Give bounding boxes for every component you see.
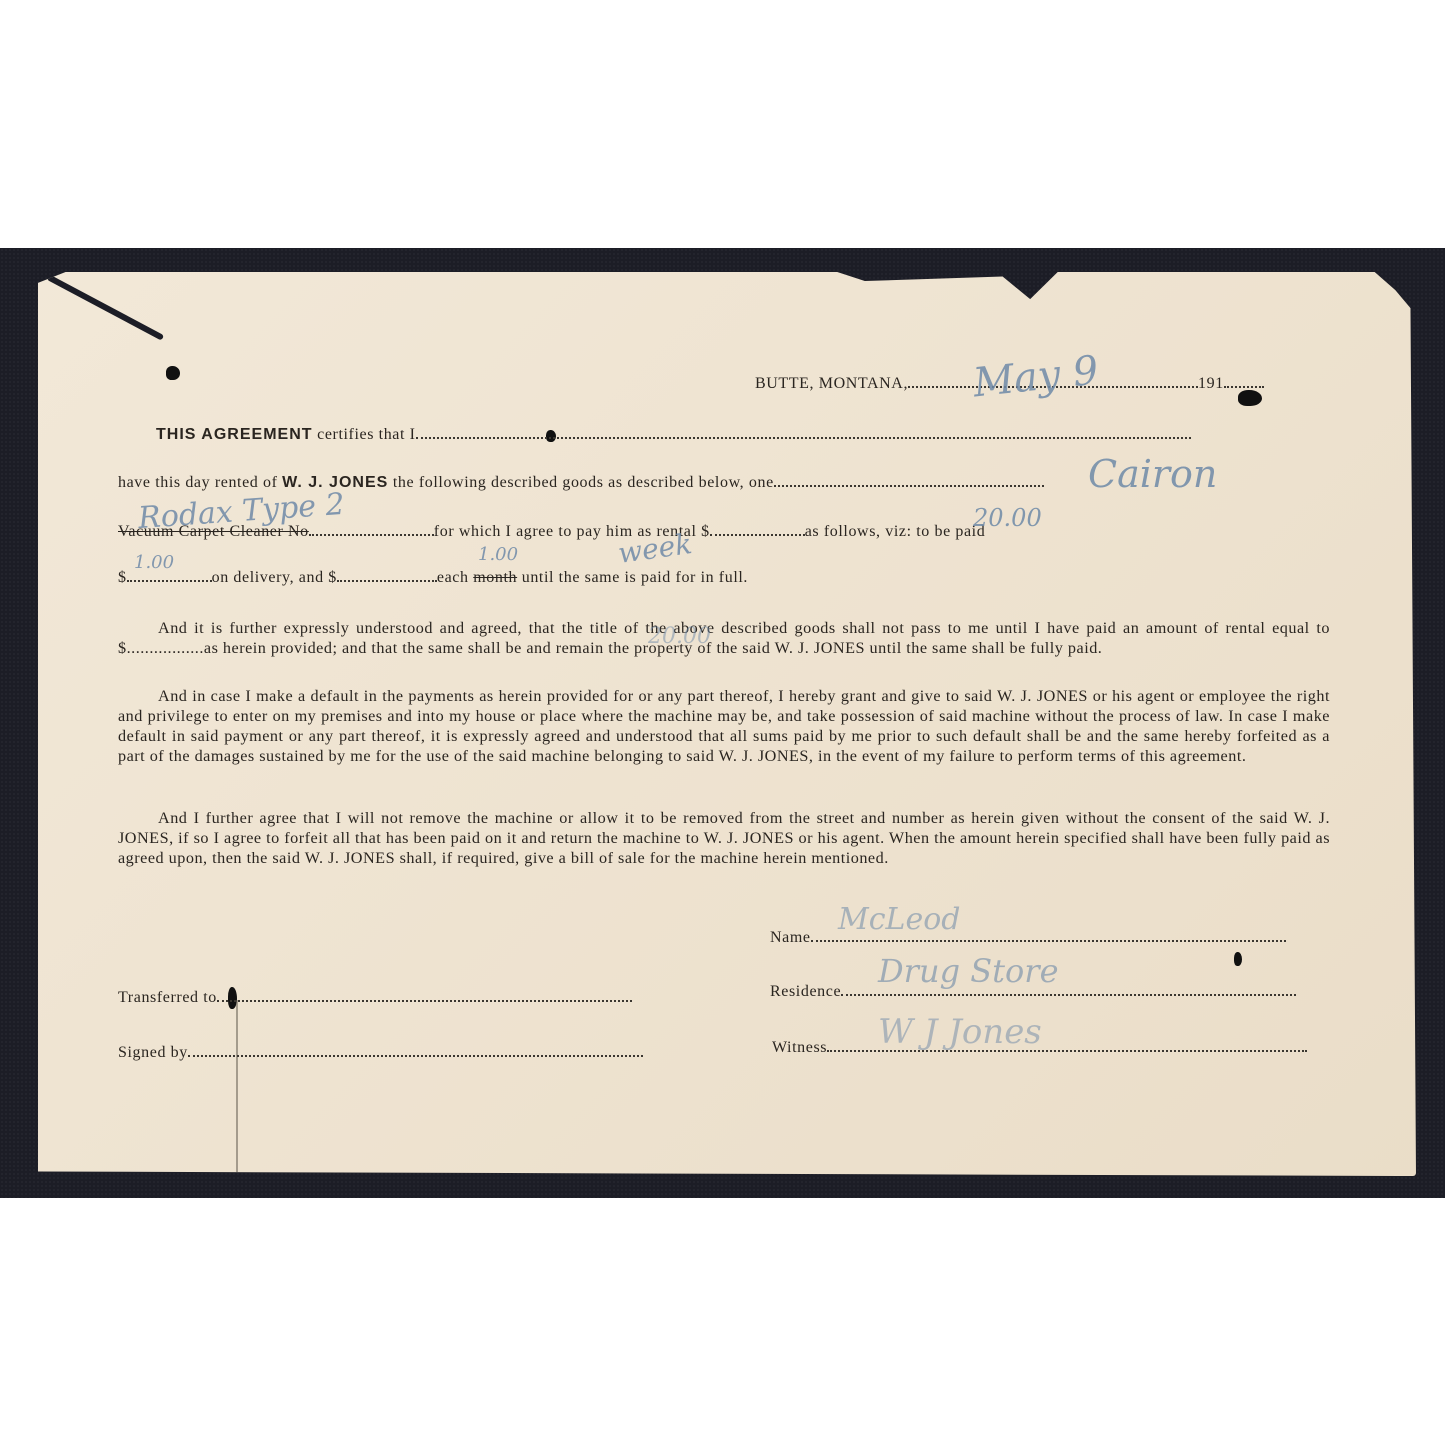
each-text: each: [437, 569, 469, 586]
residence-label: Residence: [770, 983, 841, 1000]
handwritten-on-delivery: 1.00: [134, 552, 174, 573]
agreement-line-1: THIS AGREEMENT certifies that I: [156, 425, 1191, 444]
transferred-to-field: Transferred to: [118, 988, 632, 1007]
certifies-text: certifies that I: [317, 426, 415, 443]
handwritten-installment: 1.00: [478, 544, 518, 565]
title-clause-text: And it is further expressly understood a…: [118, 619, 1330, 657]
default-clause-text: And in case I make a default in the paym…: [118, 687, 1330, 765]
year-prefix: 191: [1198, 375, 1224, 392]
delivery-text: on delivery, and $: [212, 569, 337, 586]
handwritten-date: May 9: [971, 348, 1101, 407]
handwritten-name: McLeod: [838, 902, 960, 937]
handwritten-witness: W J Jones: [878, 1012, 1042, 1052]
paragraph-title-clause: And it is further expressly understood a…: [118, 618, 1330, 658]
handwritten-rental-total: 20.00: [973, 504, 1042, 532]
handwritten-item: Cairon: [1088, 452, 1217, 496]
goods-text: the following described goods as describ…: [393, 474, 774, 491]
follows-text: as follows, viz: to be paid: [805, 523, 986, 540]
agreement-line-2: have this day rented of W. J. JONES the …: [118, 473, 1044, 492]
signed-by-label: Signed by: [118, 1044, 188, 1061]
name-label: Name: [770, 929, 811, 946]
agreement-line-4: $on delivery, and $each month until the …: [118, 568, 748, 587]
signed-by-field: Signed by: [118, 1043, 643, 1062]
paper-hole: [166, 366, 180, 380]
paragraph-removal-clause: And I further agree that I will not remo…: [118, 808, 1330, 868]
struck-month: month: [473, 569, 517, 586]
transferred-to-label: Transferred to: [118, 989, 217, 1006]
dollar-sign: $: [118, 569, 127, 586]
paper-hole: [1234, 952, 1242, 966]
handwritten-total-equal: 20.00: [648, 624, 711, 649]
city-label: BUTTE, MONTANA,: [755, 375, 908, 392]
paper-crease: [236, 1000, 238, 1176]
paper-tear: [47, 274, 165, 340]
handwritten-residence: Drug Store: [878, 952, 1059, 990]
rented-text: have this day rented of: [118, 474, 278, 491]
removal-clause-text: And I further agree that I will not remo…: [118, 809, 1330, 867]
paragraph-default-clause: And in case I make a default in the paym…: [118, 686, 1330, 766]
agreement-title: THIS AGREEMENT: [156, 426, 313, 443]
until-paid-text: until the same is paid for in full.: [522, 569, 748, 586]
rental-agreement-document: BUTTE, MONTANA,191 May 9 THIS AGREEMENT …: [38, 272, 1416, 1176]
witness-label: Witness: [772, 1039, 827, 1056]
